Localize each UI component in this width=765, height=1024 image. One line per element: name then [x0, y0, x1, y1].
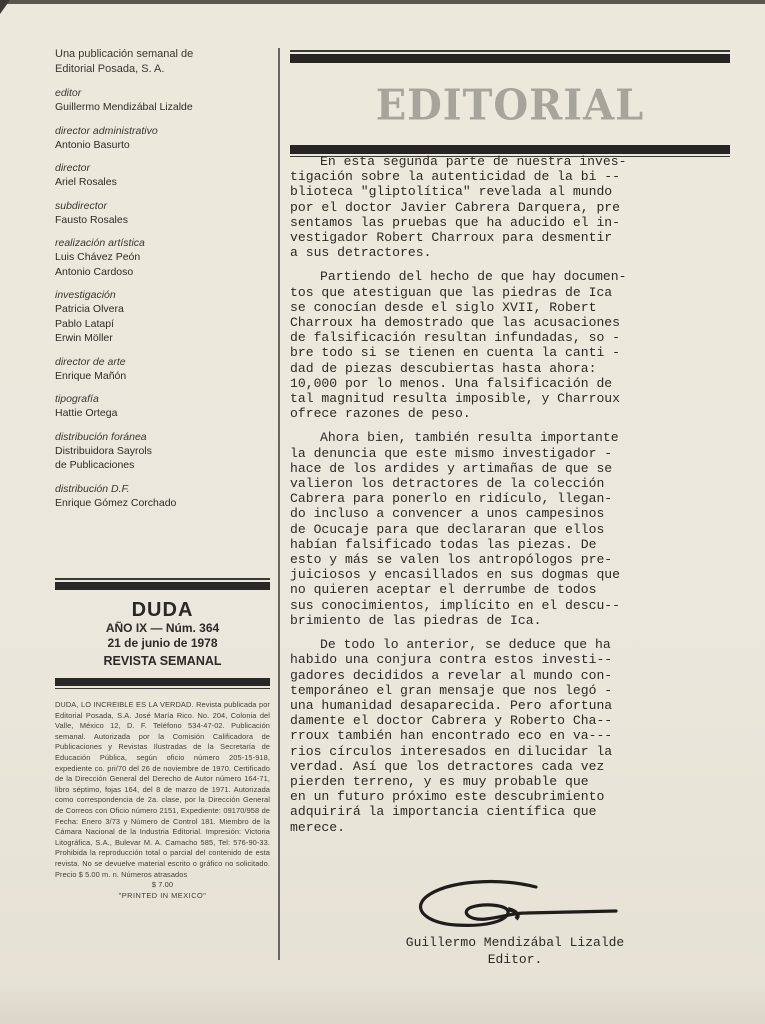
editorial-paragraph: Partiendo del hecho de que hay documen- …	[290, 269, 698, 421]
credit-role: realización artística	[55, 236, 270, 250]
heading-rule-thin-top	[290, 50, 730, 52]
masthead-rule-bottom	[55, 678, 270, 690]
printed-in-mexico: "PRINTED IN MEXICO"	[55, 891, 270, 902]
issue-date: 21 de junio de 1978	[55, 636, 270, 651]
credit-entry: director de arteEnrique Mañón	[55, 355, 270, 384]
editorial-paragraph: En esta segunda parte de nuestra inves- …	[290, 154, 698, 260]
credit-entry: editorGuillermo Mendizábal Lizalde	[55, 86, 270, 115]
column-divider	[278, 48, 280, 960]
credit-name: Patricia Olvera	[55, 302, 270, 317]
publisher-line-2: Editorial Posada, S. A.	[55, 62, 270, 77]
credit-name: Antonio Cardoso	[55, 265, 270, 280]
publication-type: REVISTA SEMANAL	[55, 654, 270, 669]
credit-entry: tipografíaHattie Ortega	[55, 392, 270, 421]
page-top-edge	[0, 0, 765, 4]
credit-name: Hattie Ortega	[55, 406, 270, 421]
masthead: DUDA AÑO IX — Núm. 364 21 de junio de 19…	[55, 578, 270, 689]
credit-entry: subdirectorFausto Rosales	[55, 199, 270, 228]
signature-title: Editor.	[370, 952, 660, 968]
credit-name: de Publicaciones	[55, 458, 270, 473]
credit-name: Enrique Mañón	[55, 369, 270, 384]
editorial-header: EDITORIAL	[290, 50, 730, 157]
credit-name: Fausto Rosales	[55, 213, 270, 228]
page-corner-fold	[0, 0, 10, 14]
editorial-heading: EDITORIAL	[290, 79, 730, 132]
signature-block: Guillermo Mendizábal Lizalde Editor.	[370, 875, 660, 968]
credits-list: editorGuillermo Mendizábal Lizaldedirect…	[55, 86, 270, 510]
magazine-title: DUDA	[55, 599, 270, 621]
credit-role: distribución foránea	[55, 430, 270, 444]
credit-name: Enrique Gómez Corchado	[55, 496, 270, 511]
credit-name: Antonio Basurto	[55, 138, 270, 153]
issue-number: AÑO IX — Núm. 364	[55, 621, 270, 636]
credit-entry: realización artísticaLuis Chávez PeónAnt…	[55, 236, 270, 279]
publisher-line-1: Una publicación semanal de	[55, 47, 270, 62]
credit-role: subdirector	[55, 199, 270, 213]
credit-role: director administrativo	[55, 124, 270, 138]
back-issue-price: $ 7.00	[55, 880, 270, 891]
credit-role: investigación	[55, 288, 270, 302]
editorial-body: En esta segunda parte de nuestra inves- …	[290, 154, 698, 844]
editorial-paragraph: Ahora bien, también resulta importante l…	[290, 430, 698, 628]
credit-entry: directorAriel Rosales	[55, 161, 270, 190]
credit-name: Luis Chávez Peón	[55, 250, 270, 265]
credit-name: Erwin Möller	[55, 331, 270, 346]
credit-entry: investigaciónPatricia OlveraPablo Latapí…	[55, 288, 270, 346]
credit-name: Ariel Rosales	[55, 175, 270, 190]
legal-notice: DUDA, LO INCREIBLE ES LA VERDAD. Revista…	[55, 700, 270, 901]
heading-rule-thick-top	[290, 54, 730, 63]
staff-box: Una publicación semanal de Editorial Pos…	[55, 47, 270, 510]
credit-entry: director administrativoAntonio Basurto	[55, 124, 270, 153]
editorial-paragraph: De todo lo anterior, se deduce que ha ha…	[290, 637, 698, 835]
credit-role: director de arte	[55, 355, 270, 369]
legal-text: DUDA, LO INCREIBLE ES LA VERDAD. Revista…	[55, 700, 270, 879]
magazine-page: Una publicación semanal de Editorial Pos…	[0, 0, 765, 1024]
page-bottom-shading	[0, 985, 765, 1024]
credit-role: distribución D.F.	[55, 482, 270, 496]
credit-name: Pablo Latapí	[55, 317, 270, 332]
credit-role: director	[55, 161, 270, 175]
credit-name: Guillermo Mendizábal Lizalde	[55, 100, 270, 115]
heading-rule-thick-bottom	[290, 145, 730, 154]
signature-name: Guillermo Mendizábal Lizalde	[370, 935, 660, 951]
credit-name: Distribuidora Sayrols	[55, 444, 270, 459]
publisher-line: Una publicación semanal de Editorial Pos…	[55, 47, 270, 77]
signature-icon	[416, 875, 626, 935]
credit-entry: distribución foráneaDistribuidora Sayrol…	[55, 430, 270, 473]
credit-entry: distribución D.F.Enrique Gómez Corchado	[55, 482, 270, 511]
credit-role: tipografía	[55, 392, 270, 406]
credit-role: editor	[55, 86, 270, 100]
masthead-rule-top	[55, 578, 270, 590]
